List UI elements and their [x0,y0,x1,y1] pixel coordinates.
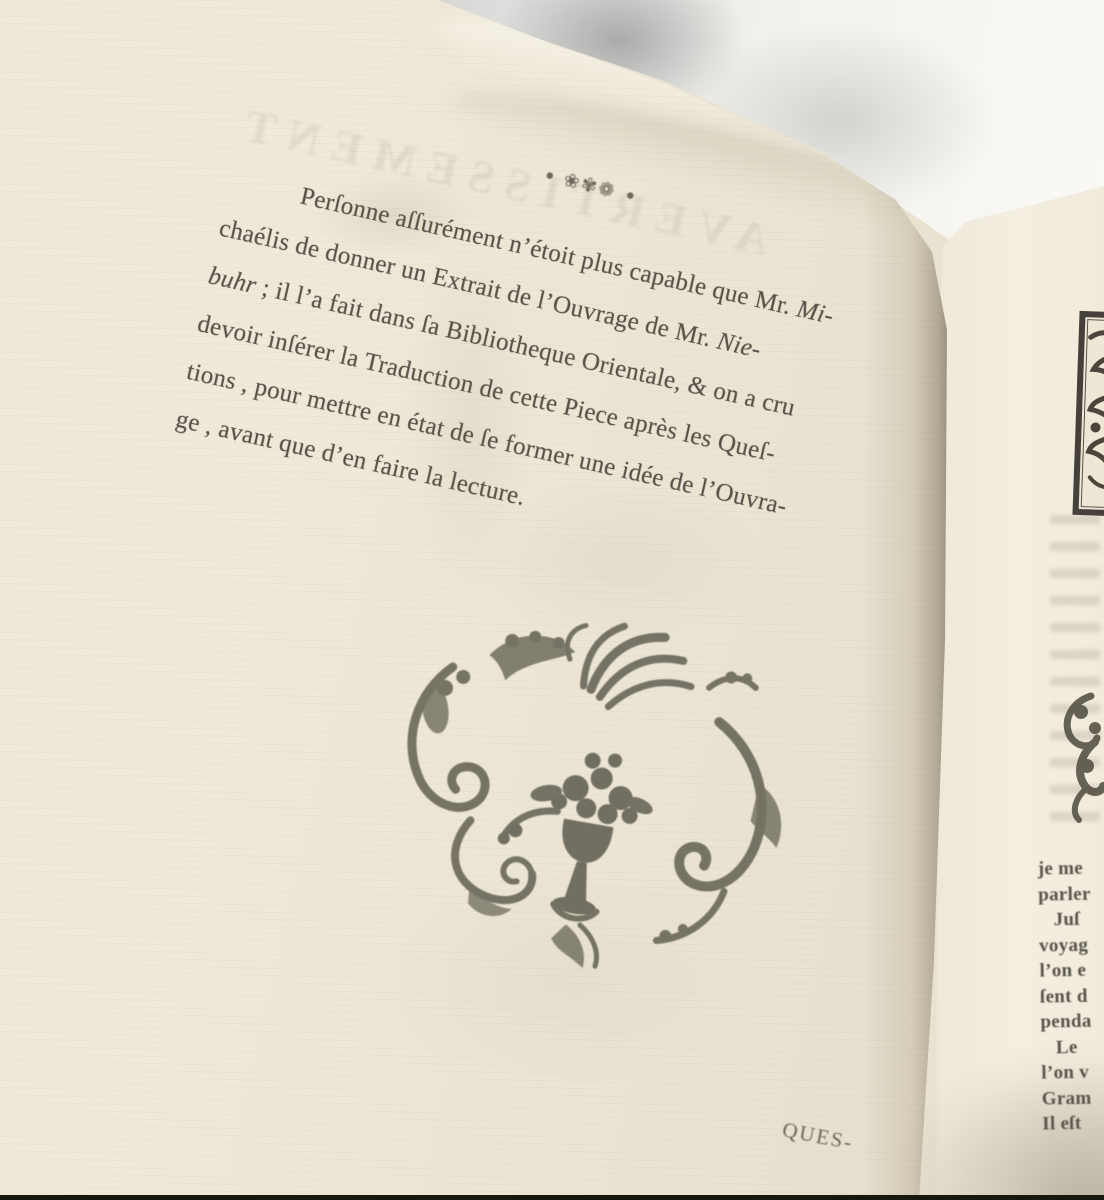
woodcut-initial-art [1079,317,1104,500]
paragraph: Perſonne aſſurément n’étoit plus capable… [171,156,938,602]
rococo-vignette-engraving [310,564,841,1009]
gutter-bottom-shadow [880,1040,1104,1195]
woodcut-initial [1072,311,1104,517]
book-photo: je me parler Juſ voyag l’on e ſent d pen… [0,0,1104,1200]
text-fragment: l’on e [1039,957,1104,984]
photo-bottom-edge [0,1195,1104,1200]
text-fragment: parler [1038,881,1104,908]
text-fragment: Juſ [1038,906,1104,933]
text-fragment: voyag [1039,932,1104,959]
text-fragment: penda [1040,1008,1104,1035]
catchword: QUES- [780,1117,855,1155]
floral-ornament-icon [1051,688,1104,828]
text-fragment: ſent d [1040,983,1104,1010]
text-fragment: je me [1038,855,1104,882]
